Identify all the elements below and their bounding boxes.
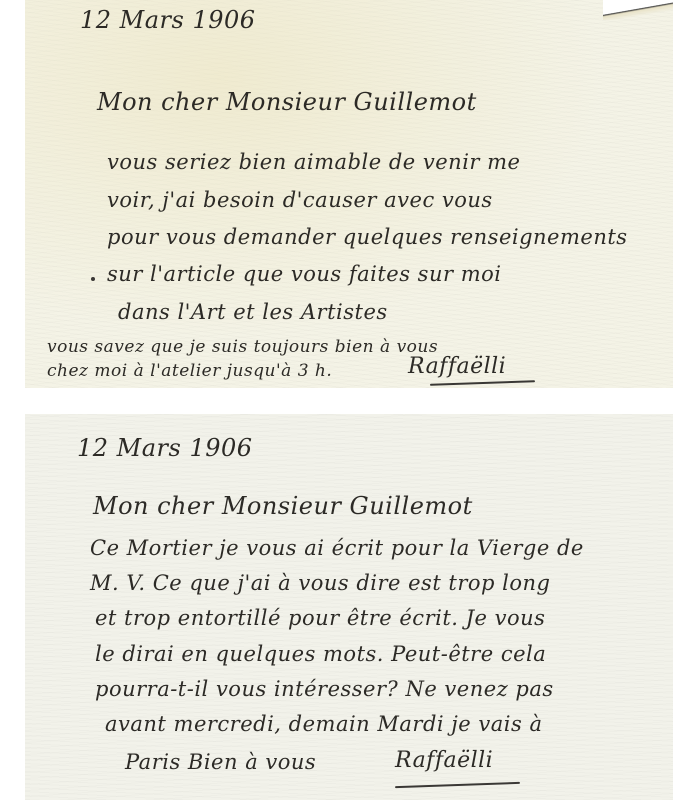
letter-body-line: Paris Bien à vous [125,750,316,774]
letter-body-line: et trop entortillé pour être écrit. Je v… [95,606,545,630]
signature: Raffaëlli [395,748,493,773]
letter-date: 12 Mars 1906 [80,6,256,34]
ink-dot [91,277,95,281]
signature-underline [430,380,535,386]
letter-body-line: pour vous demander quelques renseignemen… [107,225,628,249]
letter-body-line: le dirai en quelques mots. Peut-être cel… [95,642,546,666]
letter-page-top: 12 Mars 1906 Mon cher Monsieur Guillemot… [25,0,673,388]
letter-body-line: vous seriez bien aimable de venir me [107,150,520,174]
letter-closing-line: vous savez que je suis toujours bien à v… [47,337,438,357]
letter-body-line: sur l'article que vous faites sur moi [107,262,501,286]
letter-body-line: pourra-t-il vous intéresser? Ne venez pa… [95,677,554,701]
signature: Raffaëlli [408,354,506,379]
letter-page-bottom: 12 Mars 1906 Mon cher Monsieur Guillemot… [25,414,673,800]
folded-corner [603,0,673,20]
letter-body-line: avant mercredi, demain Mardi je vais à [105,712,542,736]
letter-body-line: voir, j'ai besoin d'causer avec vous [107,188,493,212]
letter-body-line: Ce Mortier je vous ai écrit pour la Vier… [90,536,584,560]
signature-underline [395,782,520,788]
letter-date: 12 Mars 1906 [77,434,253,462]
letter-salutation: Mon cher Monsieur Guillemot [97,88,477,116]
letter-body-line: M. V. Ce que j'ai à vous dire est trop l… [90,571,551,595]
letter-closing-line: chez moi à l'atelier jusqu'à 3 h. [47,361,332,381]
letter-salutation: Mon cher Monsieur Guillemot [93,492,473,520]
letter-body-line: dans l'Art et les Artistes [118,300,388,324]
